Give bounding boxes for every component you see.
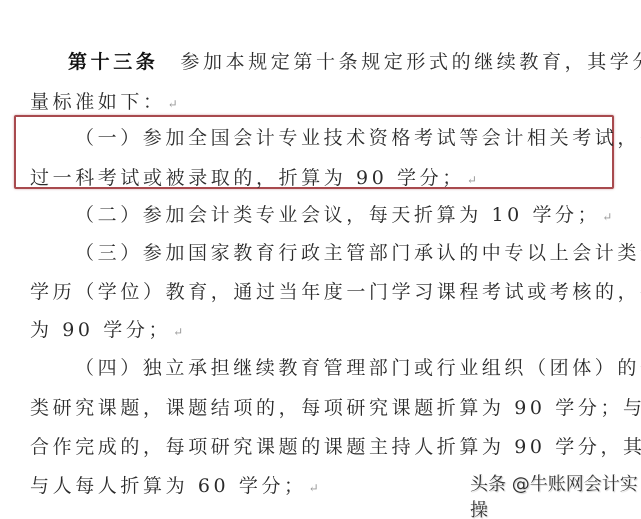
intro-text: 量标准如下：	[30, 91, 166, 113]
paragraph-mark-icon: ↵	[467, 173, 477, 187]
article-number: 第十三条	[68, 51, 158, 73]
paragraph-mark-icon: ↵	[173, 325, 183, 339]
paragraph-mark-icon: ↵	[168, 97, 178, 111]
item-1-text: 过一科考试或被录取的，折算为 90 学分；	[30, 167, 465, 189]
item-3-line-1: （三）参加国家教育行政主管部门承认的中专以上会计类专业	[75, 241, 641, 265]
item-4-line-3: 合作完成的，每项研究课题的课题主持人折算为 90 学分，其他参	[30, 435, 641, 459]
article-intro: 参加本规定第十条规定形式的继续教育，其学分计	[180, 51, 641, 73]
item-2-line-1: （二）参加会计类专业会议，每天折算为 10 学分；↵	[75, 203, 612, 229]
item-4-line-2: 类研究课题，课题结项的，每项研究课题折算为 90 学分；与他人	[30, 396, 641, 420]
article-intro-continued: 量标准如下：↵	[30, 90, 178, 116]
item-4-line-4: 与人每人折算为 60 学分；↵	[30, 474, 319, 500]
item-1-line-1: （一）参加全国会计专业技术资格考试等会计相关考试，每通	[75, 126, 641, 150]
item-1-line-2: 过一科考试或被录取的，折算为 90 学分；↵	[30, 166, 477, 192]
article-heading-line: 第十三条参加本规定第十条规定形式的继续教育，其学分计	[68, 50, 641, 74]
paragraph-mark-icon: ↵	[309, 481, 319, 495]
item-3-line-2: 学历（学位）教育，通过当年度一门学习课程考试或考核的，折算	[30, 280, 641, 304]
item-4-line-1: （四）独立承担继续教育管理部门或行业组织（团体）的会计	[75, 356, 641, 380]
paragraph-mark-icon: ↵	[602, 210, 612, 224]
item-4-text: 与人每人折算为 60 学分；	[30, 475, 307, 497]
item-3-text: 为 90 学分；	[30, 319, 171, 341]
item-3-line-3: 为 90 学分；↵	[30, 318, 183, 344]
item-2-text: （二）参加会计类专业会议，每天折算为 10 学分；	[75, 204, 600, 226]
watermark: 头条 @牛账网会计实操	[470, 470, 641, 519]
